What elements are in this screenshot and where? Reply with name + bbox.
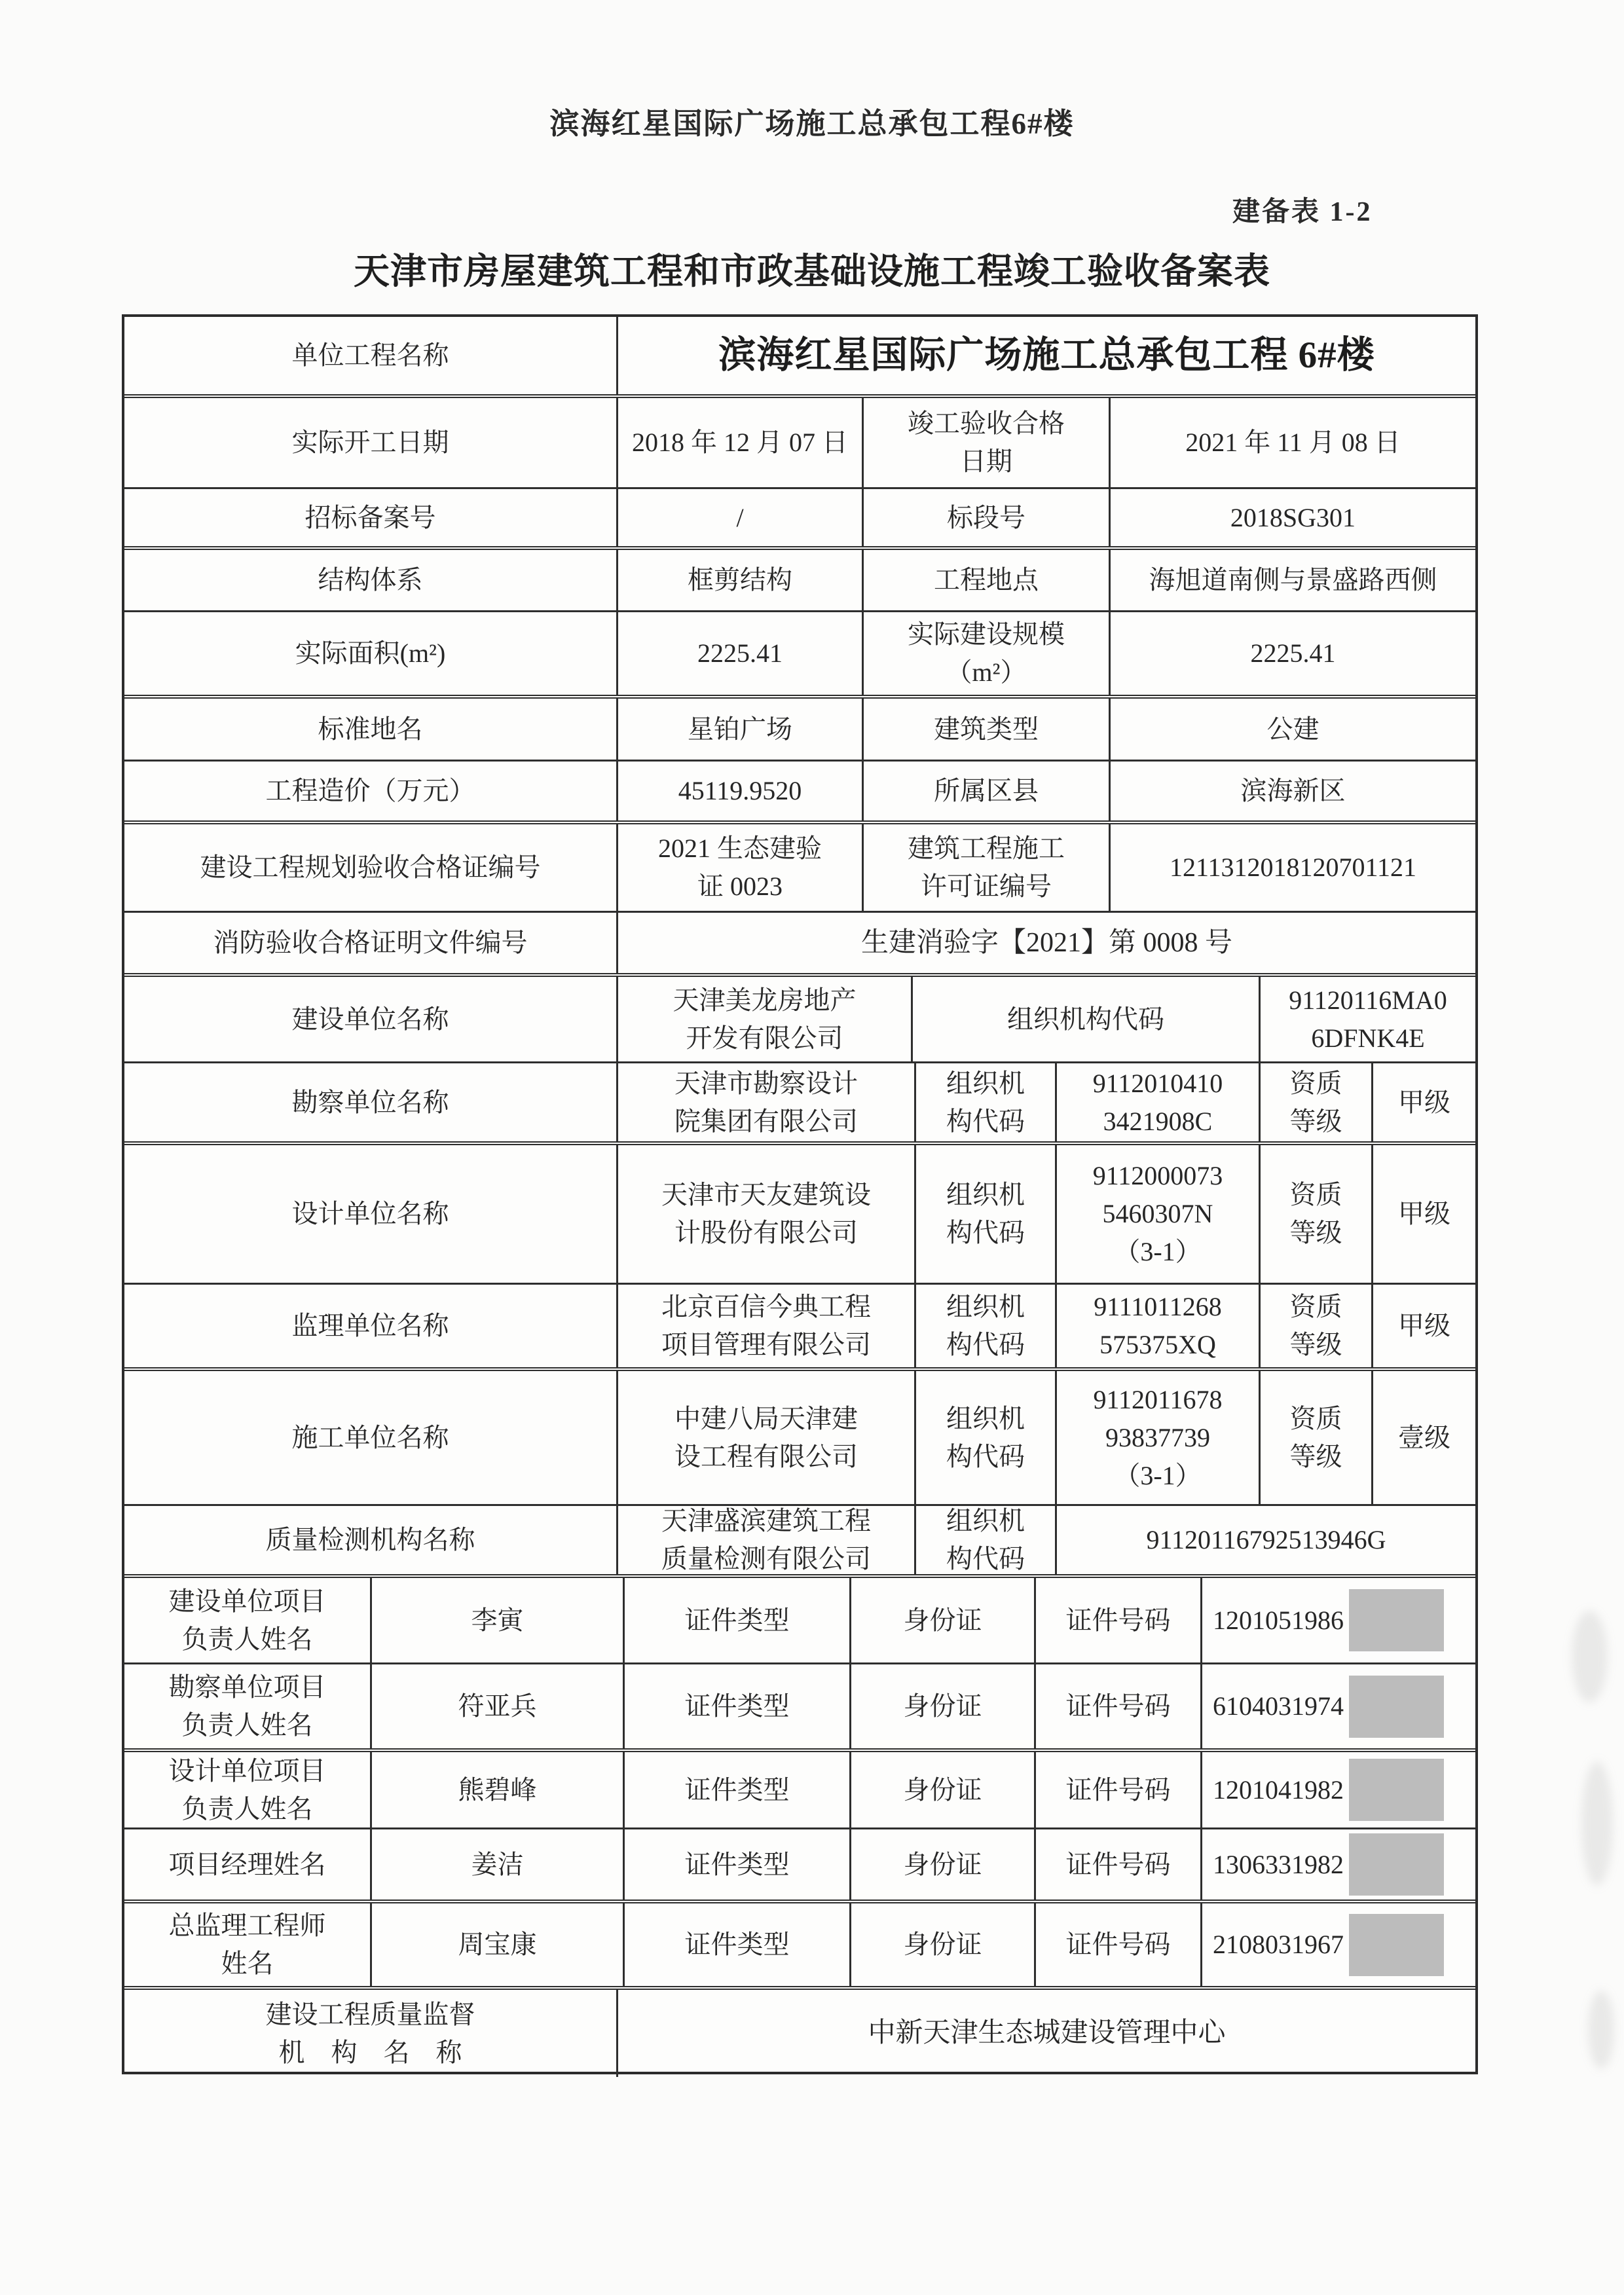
table-row-structure: 结构体系 框剪结构 工程地点 海旭道南侧与景盛路西侧 <box>124 550 1475 612</box>
developer-rep-label: 建设单位项目 负责人姓名 <box>124 1578 372 1662</box>
survey-rep-doc-no: 6104031974 <box>1213 1687 1344 1725</box>
table-row-design-unit: 设计单位名称 天津市天友建筑设 计股份有限公司 组织机 构代码 91120000… <box>124 1145 1475 1285</box>
table-row-chief-supervisor: 总监理工程师 姓名 周宝康 证件类型 身份证 证件号码 2108031967 <box>124 1903 1475 1990</box>
table-row-bid: 招标备案号 / 标段号 2018SG301 <box>124 489 1475 550</box>
scan-smudge <box>1581 1761 1613 1886</box>
bid-section-label: 标段号 <box>864 489 1111 546</box>
developer-label: 建设单位名称 <box>124 977 618 1061</box>
document-title: 天津市房屋建筑工程和市政基础设施工程竣工验收备案表 <box>0 242 1624 294</box>
unit-project-label: 单位工程名称 <box>124 317 618 394</box>
developer-rep-name: 李寅 <box>372 1578 625 1662</box>
structure-label: 结构体系 <box>124 550 618 610</box>
design-rep-label: 设计单位项目 负责人姓名 <box>124 1752 372 1827</box>
chief-supervisor-doc-no: 2108031967 <box>1213 1926 1344 1964</box>
place-name-label: 标准地名 <box>124 699 618 760</box>
chief-supervisor-doc-no-cell: 2108031967 <box>1202 1903 1475 1986</box>
supervision-unit-label: 监理单位名称 <box>124 1285 618 1367</box>
survey-rep-name: 符亚兵 <box>372 1664 625 1748</box>
chief-supervisor-name: 周宝康 <box>372 1903 625 1986</box>
table-row-place-name: 标准地名 星铂广场 建筑类型 公建 <box>124 699 1475 762</box>
qc-agency-label: 质量检测机构名称 <box>124 1506 618 1574</box>
actual-area-label: 实际面积(m²) <box>124 612 618 695</box>
survey-org-code: 9112010410 3421908C <box>1057 1063 1261 1141</box>
design-org-code-label: 组织机 构代码 <box>916 1145 1057 1283</box>
planning-cert-value: 2021 生态建验 证 0023 <box>618 824 864 911</box>
table-row-survey-rep: 勘察单位项目 负责人姓名 符亚兵 证件类型 身份证 证件号码 610403197… <box>124 1664 1475 1752</box>
redaction-box <box>1349 1759 1444 1821</box>
design-rep-doc-no: 1201041982 <box>1213 1771 1344 1809</box>
place-name-value: 星铂广场 <box>618 699 864 760</box>
table-row-quality-supervision-agency: 建设工程质量监督 机 构 名 称 中新天津生态城建设管理中心 <box>124 1990 1475 2077</box>
qc-org-code-label: 组织机 构代码 <box>916 1506 1057 1574</box>
start-date-value: 2018 年 12 月 07 日 <box>618 398 864 487</box>
build-scale-value: 2225.41 <box>1111 612 1475 695</box>
quality-supervision-agency-label: 建设工程质量监督 机 构 名 称 <box>124 1990 618 2077</box>
record-table: 单位工程名称 滨海红星国际广场施工总承包工程 6#楼 实际开工日期 2018 年… <box>122 314 1478 2074</box>
building-type-label: 建筑类型 <box>864 699 1111 760</box>
survey-rep-doc-type: 身份证 <box>851 1664 1036 1748</box>
table-row-project-manager: 项目经理姓名 姜洁 证件类型 身份证 证件号码 1306331982 <box>124 1829 1475 1903</box>
table-row-planning-permit: 建设工程规划验收合格证编号 2021 生态建验 证 0023 建筑工程施工 许可… <box>124 824 1475 913</box>
table-row-survey-unit: 勘察单位名称 天津市勘察设计 院集团有限公司 组织机 构代码 911201041… <box>124 1063 1475 1145</box>
contractor-org-code-label: 组织机 构代码 <box>916 1371 1057 1504</box>
developer-org-code: 91120116MA0 6DFNK4E <box>1261 977 1475 1061</box>
contractor-org-code: 9112011678 93837739 （3-1） <box>1057 1371 1261 1504</box>
form-code: 建备表 1-2 <box>1232 190 1373 229</box>
scan-smudge <box>1588 1991 1614 2069</box>
project-manager-doc-no: 1306331982 <box>1213 1846 1344 1884</box>
chief-supervisor-doc-type: 身份证 <box>851 1903 1036 1986</box>
chief-supervisor-doc-no-label: 证件号码 <box>1036 1903 1202 1986</box>
table-row-cost: 工程造价（万元） 45119.9520 所属区县 滨海新区 <box>124 762 1475 824</box>
construction-permit-label: 建筑工程施工 许可证编号 <box>864 824 1111 911</box>
contractor-grade: 壹级 <box>1373 1371 1475 1504</box>
design-unit-label: 设计单位名称 <box>124 1145 618 1283</box>
building-type-value: 公建 <box>1111 699 1475 760</box>
design-rep-doc-no-cell: 1201041982 <box>1202 1752 1475 1827</box>
document-page: 滨海红星国际广场施工总承包工程6#楼 建备表 1-2 天津市房屋建筑工程和市政基… <box>0 0 1624 2295</box>
project-manager-doc-no-cell: 1306331982 <box>1202 1829 1475 1900</box>
table-row-unit-project: 单位工程名称 滨海红星国际广场施工总承包工程 6#楼 <box>124 317 1475 398</box>
design-rep-name: 熊碧峰 <box>372 1752 625 1827</box>
supervision-org-code: 9111011268 575375XQ <box>1057 1285 1261 1367</box>
project-manager-doc-type-label: 证件类型 <box>625 1829 851 1900</box>
survey-org-code-label: 组织机 构代码 <box>916 1063 1057 1141</box>
bid-record-value: / <box>618 489 864 546</box>
construction-permit-value: 1211312018120701121 <box>1111 824 1475 911</box>
project-manager-name: 姜洁 <box>372 1829 625 1900</box>
contractor-unit-label: 施工单位名称 <box>124 1371 618 1504</box>
survey-unit-label: 勘察单位名称 <box>124 1063 618 1141</box>
chief-supervisor-label: 总监理工程师 姓名 <box>124 1903 372 1986</box>
table-row-fire-cert: 消防验收合格证明文件编号 生建消验字【2021】第 0008 号 <box>124 913 1475 977</box>
qc-agency-company: 天津盛滨建筑工程 质量检测有限公司 <box>618 1506 916 1574</box>
chief-supervisor-doc-type-label: 证件类型 <box>625 1903 851 1986</box>
contractor-unit-company: 中建八局天津建 设工程有限公司 <box>618 1371 916 1504</box>
district-label: 所属区县 <box>864 762 1111 820</box>
district-value: 滨海新区 <box>1111 762 1475 820</box>
quality-supervision-agency-value: 中新天津生态城建设管理中心 <box>618 1990 1475 2077</box>
project-manager-doc-type: 身份证 <box>851 1829 1036 1900</box>
table-row-area: 实际面积(m²) 2225.41 实际建设规模 （m²） 2225.41 <box>124 612 1475 699</box>
table-row-supervision-unit: 监理单位名称 北京百信今典工程 项目管理有限公司 组织机 构代码 9111011… <box>124 1285 1475 1371</box>
structure-value: 框剪结构 <box>618 550 864 610</box>
scan-smudge <box>1572 1611 1608 1702</box>
build-scale-label: 实际建设规模 （m²） <box>864 612 1111 695</box>
supervision-unit-company: 北京百信今典工程 项目管理有限公司 <box>618 1285 916 1367</box>
bid-record-label: 招标备案号 <box>124 489 618 546</box>
survey-grade-label: 资质 等级 <box>1261 1063 1373 1141</box>
start-date-label: 实际开工日期 <box>124 398 618 487</box>
cost-label: 工程造价（万元） <box>124 762 618 820</box>
project-manager-label: 项目经理姓名 <box>124 1829 372 1900</box>
actual-area-value: 2225.41 <box>618 612 864 695</box>
survey-rep-doc-type-label: 证件类型 <box>625 1664 851 1748</box>
supervision-grade: 甲级 <box>1373 1285 1475 1367</box>
document-header-project: 滨海红星国际广场施工总承包工程6#楼 <box>0 100 1624 142</box>
redaction-box <box>1349 1589 1444 1651</box>
survey-grade: 甲级 <box>1373 1063 1475 1141</box>
survey-rep-doc-no-cell: 6104031974 <box>1202 1664 1475 1748</box>
table-row-design-rep: 设计单位项目 负责人姓名 熊碧峰 证件类型 身份证 证件号码 120104198… <box>124 1752 1475 1829</box>
unit-project-value: 滨海红星国际广场施工总承包工程 6#楼 <box>618 317 1475 394</box>
survey-unit-company: 天津市勘察设计 院集团有限公司 <box>618 1063 916 1141</box>
developer-rep-doc-no: 1201051986 <box>1213 1602 1344 1640</box>
design-rep-doc-type-label: 证件类型 <box>625 1752 851 1827</box>
table-row-developer: 建设单位名称 天津美龙房地产 开发有限公司 组织机构代码 91120116MA0… <box>124 977 1475 1063</box>
developer-company: 天津美龙房地产 开发有限公司 <box>618 977 913 1061</box>
survey-rep-label: 勘察单位项目 负责人姓名 <box>124 1664 372 1748</box>
supervision-grade-label: 资质 等级 <box>1261 1285 1373 1367</box>
design-org-code: 9112000073 5460307N （3-1） <box>1057 1145 1261 1283</box>
developer-rep-doc-type: 身份证 <box>851 1578 1036 1662</box>
bid-section-value: 2018SG301 <box>1111 489 1475 546</box>
cost-value: 45119.9520 <box>618 762 864 820</box>
table-row-developer-rep: 建设单位项目 负责人姓名 李寅 证件类型 身份证 证件号码 1201051986 <box>124 1578 1475 1664</box>
survey-rep-doc-no-label: 证件号码 <box>1036 1664 1202 1748</box>
table-row-dates: 实际开工日期 2018 年 12 月 07 日 竣工验收合格 日期 2021 年… <box>124 398 1475 489</box>
developer-rep-doc-type-label: 证件类型 <box>625 1578 851 1662</box>
developer-rep-doc-no-label: 证件号码 <box>1036 1578 1202 1662</box>
location-label: 工程地点 <box>864 550 1111 610</box>
redaction-box <box>1349 1833 1444 1896</box>
completion-date-label: 竣工验收合格 日期 <box>864 398 1111 487</box>
contractor-grade-label: 资质 等级 <box>1261 1371 1373 1504</box>
developer-org-code-label: 组织机构代码 <box>913 977 1261 1061</box>
location-value: 海旭道南侧与景盛路西侧 <box>1111 550 1475 610</box>
qc-org-code: 91120116792513946G <box>1057 1506 1475 1574</box>
planning-cert-label: 建设工程规划验收合格证编号 <box>124 824 618 911</box>
supervision-org-code-label: 组织机 构代码 <box>916 1285 1057 1367</box>
table-row-contractor-unit: 施工单位名称 中建八局天津建 设工程有限公司 组织机 构代码 911201167… <box>124 1371 1475 1506</box>
project-manager-doc-no-label: 证件号码 <box>1036 1829 1202 1900</box>
design-grade: 甲级 <box>1373 1145 1475 1283</box>
fire-cert-value: 生建消验字【2021】第 0008 号 <box>618 913 1475 973</box>
developer-rep-doc-no-cell: 1201051986 <box>1202 1578 1475 1662</box>
design-rep-doc-no-label: 证件号码 <box>1036 1752 1202 1827</box>
table-row-qc-agency: 质量检测机构名称 天津盛滨建筑工程 质量检测有限公司 组织机 构代码 91120… <box>124 1506 1475 1578</box>
design-unit-company: 天津市天友建筑设 计股份有限公司 <box>618 1145 916 1283</box>
design-grade-label: 资质 等级 <box>1261 1145 1373 1283</box>
redaction-box <box>1349 1676 1444 1738</box>
completion-date-value: 2021 年 11 月 08 日 <box>1111 398 1475 487</box>
fire-cert-label: 消防验收合格证明文件编号 <box>124 913 618 973</box>
redaction-box <box>1349 1914 1444 1976</box>
design-rep-doc-type: 身份证 <box>851 1752 1036 1827</box>
